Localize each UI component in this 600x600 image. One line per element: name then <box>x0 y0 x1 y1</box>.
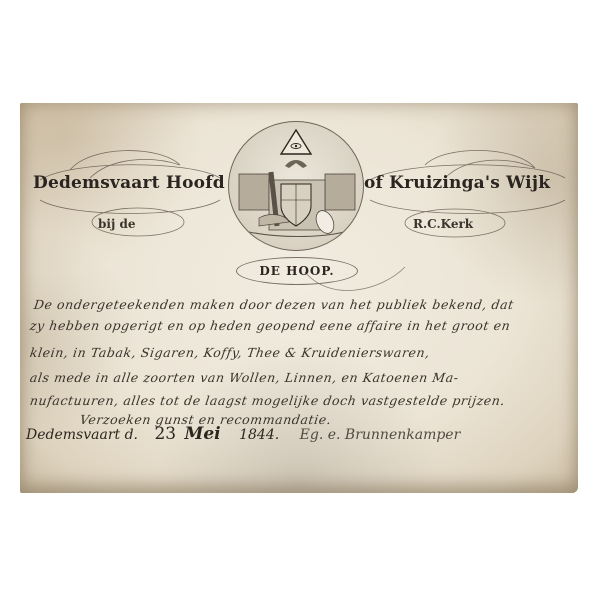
right-title: of Kruizinga's Wijk <box>364 173 550 193</box>
body-line-4: als mede in alle zoorten van Wollen, Lin… <box>29 370 566 385</box>
right-subtitle: R.C.Kerk <box>413 217 473 231</box>
emblem-vignette <box>228 121 364 251</box>
body-line-5: nufactuuren, alles tot de laagst mogelij… <box>29 393 566 408</box>
body-line-3: klein, in Tabak, Sigaren, Koffy, Thee & … <box>29 345 566 360</box>
place-name: Dedemsvaart d. <box>26 427 138 443</box>
motto-label: DE HOOP. <box>236 257 358 285</box>
left-title: Dedemsvaart Hoofd <box>33 173 225 193</box>
all-seeing-eye-icon <box>229 122 363 250</box>
left-subtitle: bij de <box>98 217 136 231</box>
dateline: Dedemsvaart d. 23 Mei 1844. Eg. e. Brunn… <box>26 424 460 444</box>
signature: Eg. e. Brunnenkamper <box>300 427 461 443</box>
date-day: 23 <box>154 424 176 444</box>
date-month: Mei <box>185 424 221 444</box>
body-line-2: zy hebben opgerigt en op heden geopend e… <box>29 318 566 333</box>
body-line-1: De ondergeteekenden maken door dezen van… <box>33 297 570 312</box>
date-year: 1844. <box>239 427 279 443</box>
